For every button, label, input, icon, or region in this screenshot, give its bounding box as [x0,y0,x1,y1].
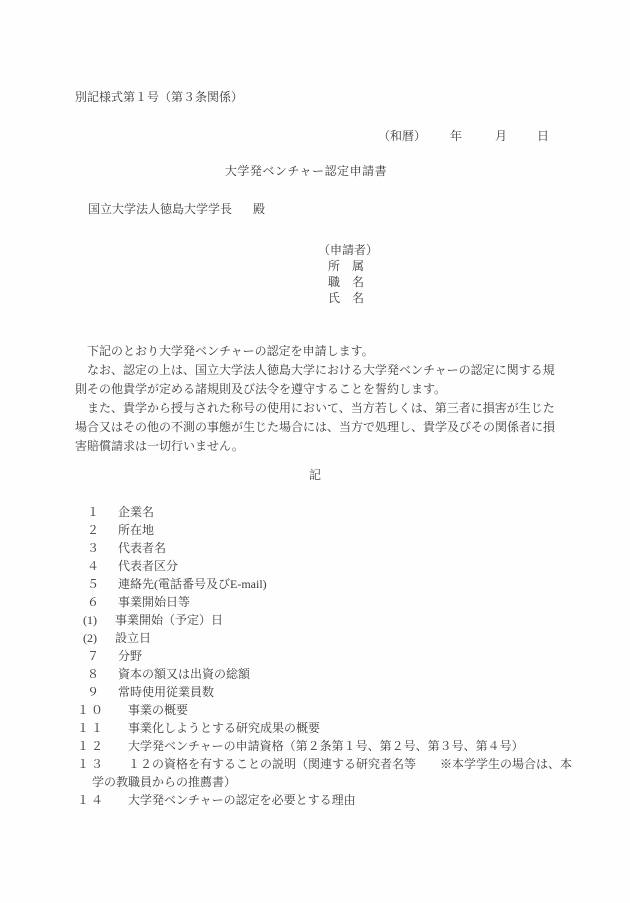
section-marker: 記 [0,466,630,485]
list-item: ９ 常時使用従業員数 [75,683,572,701]
list-item-label: 設立日 [115,629,151,647]
list-subitem: (1) 事業開始（予定）日 [75,611,572,629]
list-item-number: １４ [77,791,128,809]
list-item-label: 大学発ベンチャーの申請資格（第２条第１号、第２号、第３号、第４号） [128,737,524,755]
document-title: 大学発ベンチャー認定申請書 [0,162,612,181]
body-line: なお、認定の上は、国立大学法人徳島大学における大学発ベンチャーの認定に関する規 [75,361,555,380]
body-line: また、貴学から授与された称号の使用において、当方若しくは、第三者に損害が生じた [75,399,555,418]
list-item-label: 分野 [118,647,142,665]
body-line: 場合又はその他の不測の事態が生じた場合には、当方で処理し、貴学及びその関係者に損 [75,418,555,437]
list-item-number: １３ [77,755,128,773]
list-item: １０ 事業の概要 [75,701,572,719]
list-item-number: ８ [87,665,118,683]
list-item-label: 企業名 [118,503,154,521]
list-item: ８ 資本の額又は出資の総額 [75,665,572,683]
list-item-label: 常時使用従業員数 [118,683,214,701]
list-item: １１ 事業化しようとする研究成果の概要 [75,719,572,737]
list-item-label: 連絡先(電話番号及びE-mail) [118,575,267,593]
list-item: １ 企業名 [75,503,572,521]
list-item-label: 所在地 [118,521,154,539]
list-item-number: ５ [87,575,118,593]
list-item-label: 代表者区分 [118,557,178,575]
list-item-label: １２の資格を有することの説明（関連する研究者名等 ※本学学生の場合は、本 [128,755,572,773]
body-line: 害賠償請求は一切行いません。 [75,437,555,456]
numbered-list: １ 企業名 ２ 所在地 ３ 代表者名 ４ 代表者区分 ５ 連絡先(電話番号及びE… [75,503,572,809]
body-paragraphs: 下記のとおり大学発ベンチャーの認定を申請します。 なお、認定の上は、国立大学法人… [75,342,555,456]
application-form-page: 別記様式第１号（第３条関係） （和暦） 年 月 日 大学発ベンチャー認定申請書 … [0,0,630,903]
list-item-label: 代表者名 [118,539,166,557]
list-item-number: (1) [83,611,115,629]
date-year-label: 年 [450,127,462,146]
form-number: 別記様式第１号（第３条関係） [75,88,243,107]
addressee-line: 国立大学法人徳島大学学長殿 [88,200,265,219]
list-item-label: 事業化しようとする研究成果の概要 [128,719,320,737]
addressee-name: 国立大学法人徳島大学学長 [88,200,253,219]
list-item-number: ４ [87,557,118,575]
list-item-label: 事業の概要 [128,701,188,719]
list-item-number: １１ [77,719,128,737]
list-item-number: １０ [77,701,128,719]
list-item-label: 事業開始（予定）日 [115,611,223,629]
date-era-label: （和暦） [378,127,426,146]
list-item-number: ９ [87,683,118,701]
date-line: （和暦） 年 月 日 [0,127,630,146]
list-item: ２ 所在地 [75,521,572,539]
list-item: ３ 代表者名 [75,539,572,557]
body-line: 則その他貴学が定める諸規則及び法令を遵守することを誓約します。 [75,380,555,399]
date-month-label: 月 [495,127,507,146]
list-item-number: １２ [77,737,128,755]
list-item: ６ 事業開始日等 [75,593,572,611]
list-item: １３ １２の資格を有することの説明（関連する研究者名等 ※本学学生の場合は、本 [75,755,572,773]
list-item-label: 学の教職員からの推薦書） [92,773,236,791]
list-item-number: ２ [87,521,118,539]
list-item: １２ 大学発ベンチャーの申請資格（第２条第１号、第２号、第３号、第４号） [75,737,572,755]
list-item-number: ３ [87,539,118,557]
list-item: ４ 代表者区分 [75,557,572,575]
body-line: 下記のとおり大学発ベンチャーの認定を申請します。 [75,342,555,361]
date-day-label: 日 [537,127,549,146]
list-item-number: １ [87,503,118,521]
list-item-number: ７ [87,647,118,665]
list-item-continuation: 学の教職員からの推薦書） [75,773,572,791]
list-subitem: (2) 設立日 [75,629,572,647]
list-item: ７ 分野 [75,647,572,665]
list-item-label: 大学発ベンチャーの認定を必要とする理由 [128,791,356,809]
list-item: １４ 大学発ベンチャーの認定を必要とする理由 [75,791,572,809]
list-item-number: (2) [83,629,115,647]
list-item-label: 資本の額又は出資の総額 [118,665,250,683]
list-item-label: 事業開始日等 [118,593,190,611]
addressee-honorific: 殿 [253,202,265,216]
applicant-field-name: 氏 名 [328,289,364,308]
list-item-number: ６ [87,593,118,611]
list-item: ５ 連絡先(電話番号及びE-mail) [75,575,572,593]
